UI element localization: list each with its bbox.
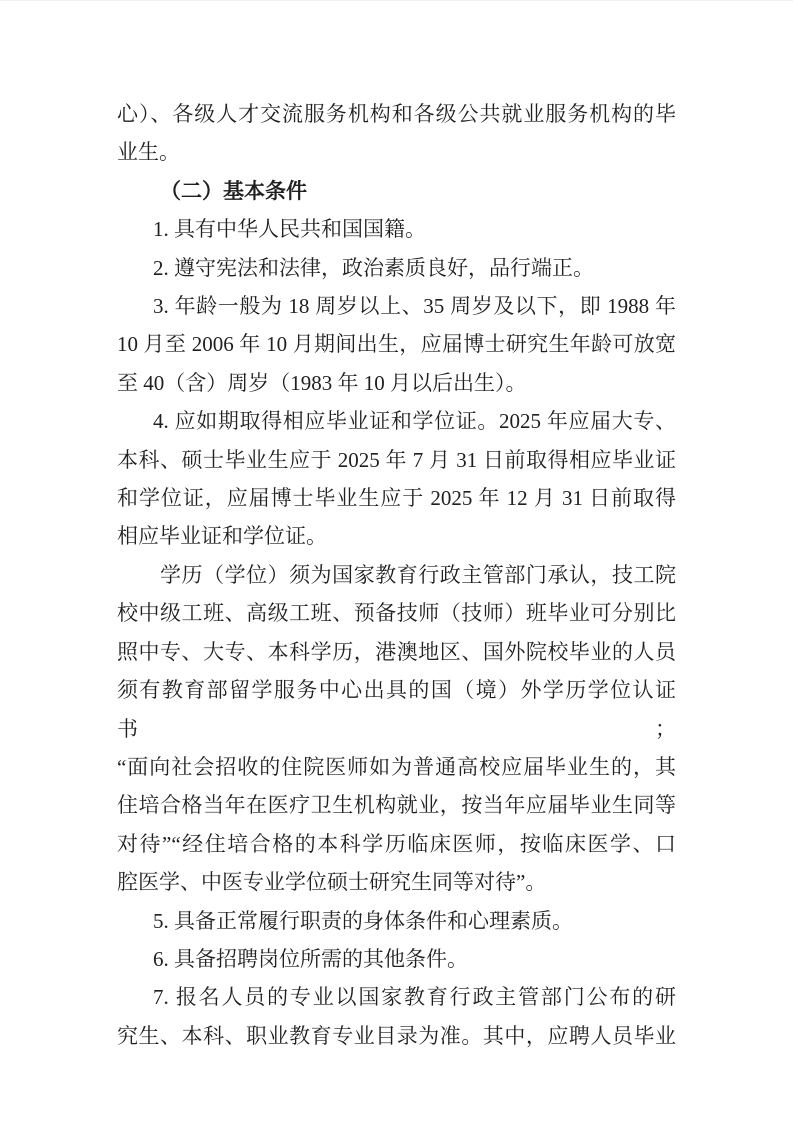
- document-page: 心）、各级人才交流服务机构和各级公共就业服务机构的毕 业生。 （二）基本条件 1…: [0, 0, 793, 1122]
- section-heading: （二）基本条件: [117, 172, 676, 210]
- document-text-line: 腔医学、中医专业学位硕士研究生同等对待”。: [117, 863, 676, 901]
- document-text-line: 3. 年龄一般为 18 周岁以上、35 周岁及以下，即 1988 年: [117, 287, 676, 325]
- document-text-line: 业生。: [117, 133, 676, 171]
- document-text-line: 住培合格当年在医疗卫生机构就业，按当年应届毕业生同等: [117, 786, 676, 824]
- document-text-line: 校中级工班、高级工班、预备技师（技师）班毕业可分别比: [117, 594, 676, 632]
- document-text-line: 1. 具有中华人民共和国国籍。: [117, 210, 676, 248]
- document-text-line: 相应毕业证和学位证。: [117, 517, 676, 555]
- document-text-line: 和学位证，应届博士毕业生应于 2025 年 12 月 31 日前取得: [117, 479, 676, 517]
- document-text-line: 2. 遵守宪法和法律，政治素质良好，品行端正。: [117, 249, 676, 287]
- document-text-line: 本科、硕士毕业生应于 2025 年 7 月 31 日前取得相应毕业证: [117, 441, 676, 479]
- document-text-line: 对待”“经住培合格的本科学历临床医师，按临床医学、口: [117, 825, 676, 863]
- document-text-line: “面向社会招收的住院医师如为普通高校应届毕业生的，其: [117, 748, 676, 786]
- document-text-line: 10 月至 2006 年 10 月期间出生，应届博士研究生年龄可放宽: [117, 325, 676, 363]
- document-text-line: 学历（学位）须为国家教育行政主管部门承认，技工院: [117, 556, 676, 594]
- document-text-line: 至 40（含）周岁（1983 年 10 月以后出生）。: [117, 364, 676, 402]
- document-body: 心）、各级人才交流服务机构和各级公共就业服务机构的毕 业生。 （二）基本条件 1…: [117, 95, 676, 1055]
- document-text-line: 7. 报名人员的专业以国家教育行政主管部门公布的研: [117, 978, 676, 1016]
- document-text-line: 照中专、大专、本科学历，港澳地区、国外院校毕业的人员: [117, 633, 676, 671]
- document-text-line: 心）、各级人才交流服务机构和各级公共就业服务机构的毕: [117, 95, 676, 133]
- document-text-line: 4. 应如期取得相应毕业证和学位证。2025 年应届大专、: [117, 402, 676, 440]
- document-text-line: 6. 具备招聘岗位所需的其他条件。: [117, 940, 676, 978]
- document-text-line: 5. 具备正常履行职责的身体条件和心理素质。: [117, 902, 676, 940]
- document-text-line: 究生、本科、职业教育专业目录为准。其中，应聘人员毕业: [117, 1017, 676, 1055]
- document-text-line: 须有教育部留学服务中心出具的国（境）外学历学位认证书；: [117, 671, 676, 748]
